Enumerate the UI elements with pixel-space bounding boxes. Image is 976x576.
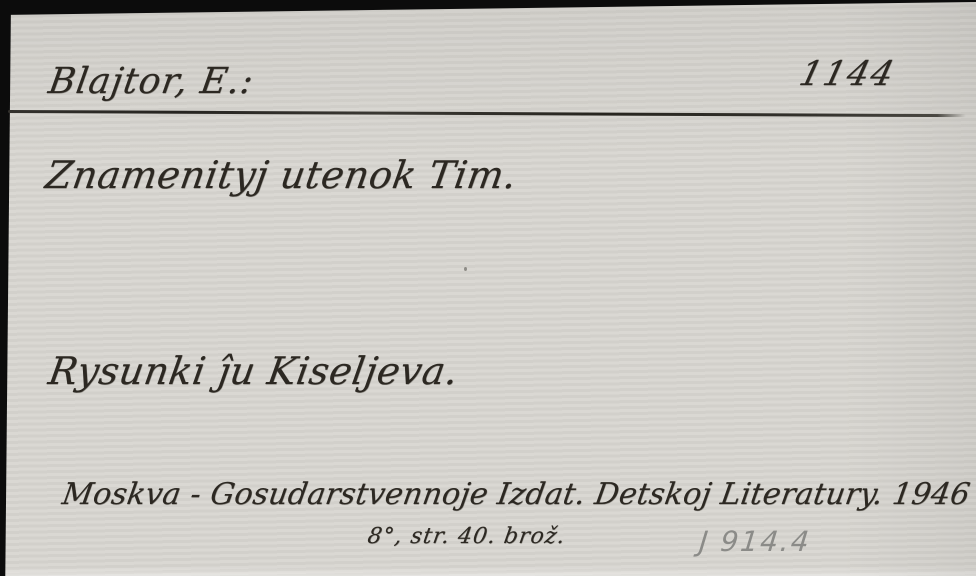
illustrator-line: Rysunki ĵu Kiseljeva. [46, 352, 461, 390]
catalog-card-scan: Blajtor, E.: 1144 Znamenityj utenok Tim.… [0, 0, 976, 576]
scan-edge-left [0, 0, 11, 576]
accession-number: 1144 [796, 57, 899, 91]
collation-line: 8°, str. 40. brož. [366, 526, 567, 548]
imprint-line: Moskva - Gosudarstvennoje Izdat. Detskoj… [60, 480, 972, 510]
card-head-rule [8, 110, 966, 117]
call-number: J 914.4 [698, 528, 812, 556]
author-heading: Blajtor, E.: [46, 64, 256, 100]
scan-edge-top [0, 0, 976, 15]
title-line: Znamenityj utenok Tim. [43, 156, 520, 194]
paper-speck [464, 267, 467, 271]
